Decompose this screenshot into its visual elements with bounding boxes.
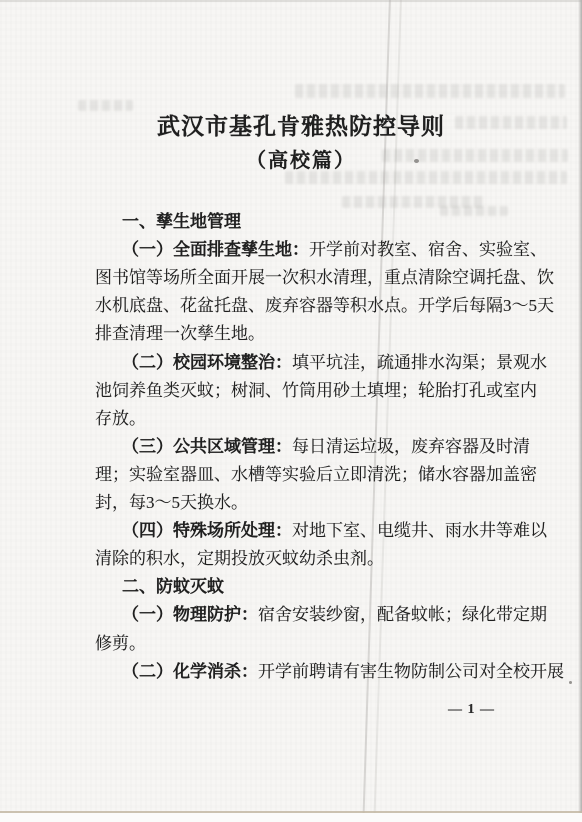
body-text: 开学前对教室、宿舍、实验室、 (309, 240, 547, 259)
emphasis-text: （三）公共区域管理： (122, 437, 292, 456)
body-text: 封，每3～5天换水。 (95, 493, 248, 512)
emphasis-text: 一、孳生地管理 (122, 212, 241, 231)
text-line: （二）校园环境整治：填平坑洼，疏通排水沟渠；景观水 (95, 349, 540, 377)
body-text: 排查清理一次孳生地。 (95, 324, 265, 343)
body-text: 存放。 (95, 409, 146, 428)
text-line: 存放。 (95, 405, 513, 433)
body-text: 理；实验室器皿、水槽等实验后立即清洗；储水容器加盖密 (95, 465, 537, 484)
body-text: 水机底盘、花盆托盘、废弃容器等积水点。开学后每隔3～5天 (95, 296, 554, 315)
scanned-page: 武汉市基孔肯雅热防控导则 （高校篇） 一、孳生地管理（一）全面排查孳生地：开学前… (0, 0, 582, 822)
body-text: 池饲养鱼类灭蚊；树洞、竹筒用砂土填埋；轮胎打孔或室内 (95, 381, 537, 400)
body-text: 宿舍安装纱窗，配备蚊帐；绿化带定期 (258, 605, 547, 624)
body-text: 每日清运垃圾，废弃容器及时清 (292, 437, 530, 456)
text-line: （二）化学消杀：开学前聘请有害生物防制公司对全校开展 (95, 658, 540, 686)
text-line: （三）公共区域管理：每日清运垃圾，废弃容器及时清 (95, 433, 540, 461)
scan-edge-top (0, 0, 582, 2)
text-line: 图书馆等场所全面开展一次积水清理，重点清除空调托盘、饮 (95, 264, 513, 292)
text-line: 修剪。 (95, 630, 513, 658)
body-text: 对地下室、电缆井、雨水井等难以 (292, 521, 547, 540)
text-line: 排查清理一次孳生地。 (95, 320, 513, 348)
emphasis-text: （四）特殊场所处理： (122, 521, 292, 540)
scan-margin-bottom (0, 813, 582, 822)
scan-edge-right (578, 0, 582, 822)
page-number: — 1 — (95, 702, 495, 718)
text-line: 封，每3～5天换水。 (95, 489, 513, 517)
body-text: 填平坑洼，疏通排水沟渠；景观水 (292, 353, 547, 372)
body-text: 图书馆等场所全面开展一次积水清理，重点清除空调托盘、饮 (95, 268, 554, 287)
emphasis-text: （一）全面排查孳生地： (122, 240, 309, 259)
body-text: 修剪。 (95, 634, 146, 653)
text-line: （一）全面排查孳生地：开学前对教室、宿舍、实验室、 (95, 236, 540, 264)
text-line: 清除的积水，定期投放灭蚊幼杀虫剂。 (95, 545, 513, 573)
emphasis-text: （一）物理防护： (122, 605, 258, 624)
text-line: （四）特殊场所处理：对地下室、电缆井、雨水井等难以 (95, 517, 540, 545)
body-text: 开学前聘请有害生物防制公司对全校开展 (258, 662, 564, 681)
section-heading: 二、防蚊灭蚊 (95, 573, 540, 601)
section-heading: 一、孳生地管理 (95, 208, 540, 236)
body-text: 清除的积水，定期投放灭蚊幼杀虫剂。 (95, 549, 384, 568)
text-line: 理；实验室器皿、水槽等实验后立即清洗；储水容器加盖密 (95, 461, 513, 489)
text-line: （一）物理防护：宿舍安装纱窗，配备蚊帐；绿化带定期 (95, 601, 540, 629)
emphasis-text: 二、防蚊灭蚊 (122, 577, 224, 596)
text-line: 水机底盘、花盆托盘、废弃容器等积水点。开学后每隔3～5天 (95, 292, 513, 320)
text-line: 池饲养鱼类灭蚊；树洞、竹筒用砂土填埋；轮胎打孔或室内 (95, 377, 513, 405)
document-body: 一、孳生地管理（一）全面排查孳生地：开学前对教室、宿舍、实验室、图书馆等场所全面… (0, 0, 582, 822)
emphasis-text: （二）校园环境整治： (122, 353, 292, 372)
emphasis-text: （二）化学消杀： (122, 662, 258, 681)
